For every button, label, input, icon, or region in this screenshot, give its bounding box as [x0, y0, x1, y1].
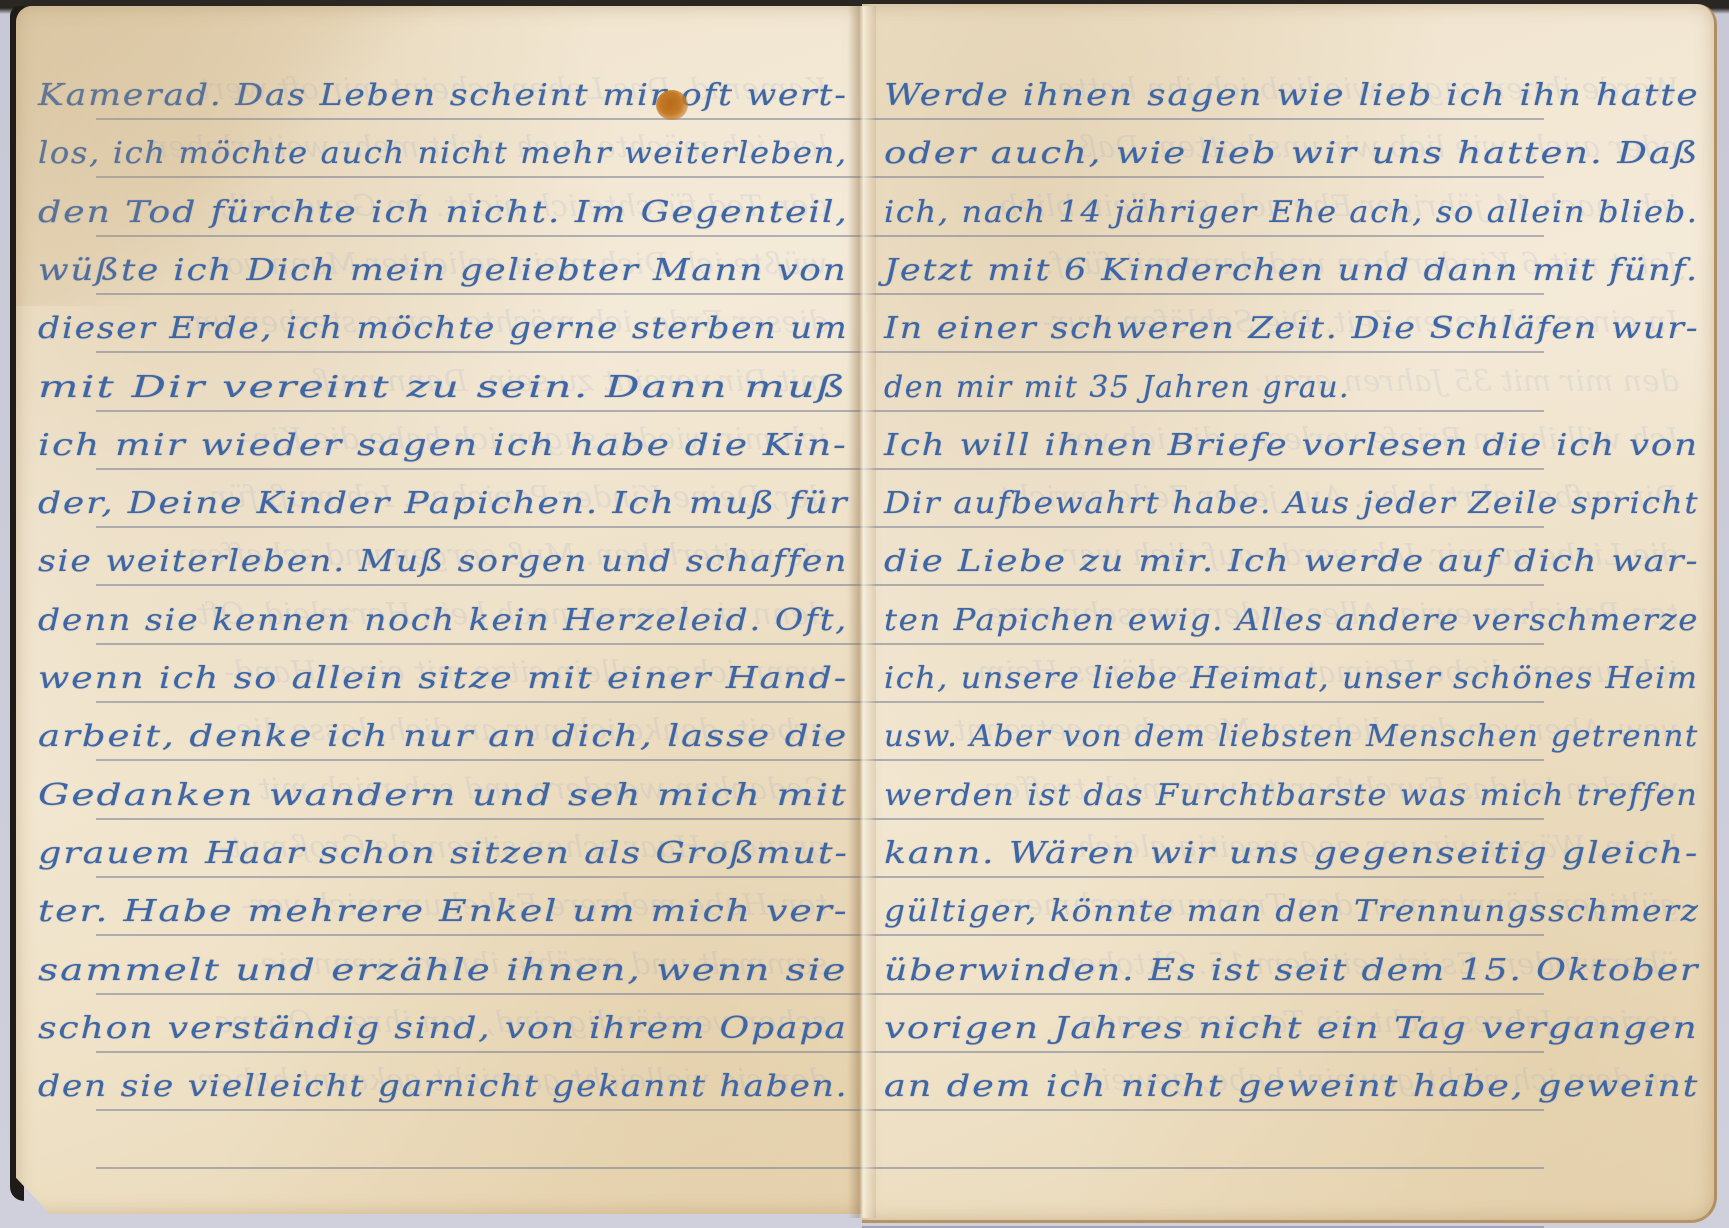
handwritten-line: schon verständig sind, von ihrem Opapa: [38, 1011, 848, 1046]
handwritten-line: oder auch, wie lieb wir uns hatten. Daß: [884, 136, 1699, 171]
handwritten-line: Kamerad. Das Leben scheint mir oft wert-: [38, 78, 848, 113]
handwritten-line: ten Papichen ewig. Alles andere verschme…: [884, 603, 1699, 638]
right-page: Werde ihnen sagen wie lieb ich ihn hatte…: [862, 4, 1717, 1223]
handwritten-line: dieser Erde, ich möchte gerne sterben um: [38, 311, 848, 346]
handwritten-line: werden ist das Furchtbarste was mich tre…: [884, 778, 1699, 813]
handwritten-line: ich mir wieder sagen ich habe die Kin-: [38, 428, 848, 463]
right-page-text: Werde ihnen sagen wie lieb ich ihn hatte…: [862, 4, 1714, 1220]
handwritten-line: an dem ich nicht geweint habe, geweint: [884, 1069, 1699, 1104]
handwritten-line: Ich will ihnen Briefe vorlesen die ich v…: [884, 428, 1699, 463]
handwritten-line: usw. Aber von dem liebsten Menschen getr…: [884, 719, 1699, 754]
handwritten-line: den sie vielleicht garnicht gekannt habe…: [38, 1069, 848, 1104]
handwritten-line: ich, nach 14 jähriger Ehe ach, so allein…: [884, 195, 1699, 230]
handwritten-line: ich, unsere liebe Heimat, unser schönes …: [884, 661, 1699, 696]
handwritten-line: mit Dir vereint zu sein. Dann muß: [38, 370, 848, 405]
handwritten-line: der, Deine Kinder Papichen. Ich muß für: [38, 486, 848, 521]
handwritten-line: grauem Haar schon sitzen als Großmut-: [38, 836, 849, 871]
handwritten-line: Werde ihnen sagen wie lieb ich ihn hatte: [884, 78, 1699, 113]
handwritten-line: überwinden. Es ist seit dem 15. Oktober: [884, 953, 1699, 988]
handwritten-line: sammelt und erzähle ihnen, wenn sie: [38, 953, 847, 988]
left-page: Kamerad. Das Leben scheint mir oft wert-…: [16, 6, 862, 1214]
handwritten-line: ter. Habe mehrere Enkel um mich ver-: [38, 894, 848, 929]
handwritten-line: In einer schweren Zeit. Die Schläfen wur…: [884, 311, 1699, 346]
ruled-line: [862, 1226, 1544, 1228]
handwritten-line: Dir aufbewahrt habe. Aus jeder Zeile spr…: [884, 486, 1699, 521]
handwritten-line: die Liebe zu mir. Ich werde auf dich war…: [884, 544, 1699, 579]
handwritten-line: gültiger, könnte man den Trennungsschmer…: [884, 894, 1700, 929]
left-page-text: Kamerad. Das Leben scheint mir oft wert-…: [16, 6, 862, 1214]
handwritten-line: den mir mit 35 Jahren grau.: [884, 370, 1350, 405]
handwritten-line: sie weiterleben. Muß sorgen und schaffen: [38, 544, 848, 579]
ink-stain: [656, 90, 688, 120]
handwritten-line: den Tod fürchte ich nicht. Im Gegenteil,: [38, 195, 849, 230]
handwritten-line: arbeit, denke ich nur an dich, lasse die: [38, 719, 848, 754]
handwritten-line: vorigen Jahres nicht ein Tag vergangen: [884, 1011, 1699, 1046]
handwritten-line: wenn ich so allein sitze mit einer Hand-: [38, 661, 848, 696]
handwritten-line: Jetzt mit 6 Kinderchen und dann mit fünf…: [884, 253, 1699, 288]
handwritten-line: wüßte ich Dich mein geliebter Mann von: [38, 253, 847, 288]
handwritten-line: denn sie kennen noch kein Herzeleid. Oft…: [38, 603, 848, 638]
handwritten-line: kann. Wären wir uns gegenseitig gleich-: [884, 836, 1699, 871]
handwritten-line: los, ich möchte auch nicht mehr weiterle…: [38, 136, 848, 171]
notebook-gutter: [848, 6, 876, 1218]
handwritten-line: Gedanken wandern und seh mich mit: [38, 778, 848, 813]
